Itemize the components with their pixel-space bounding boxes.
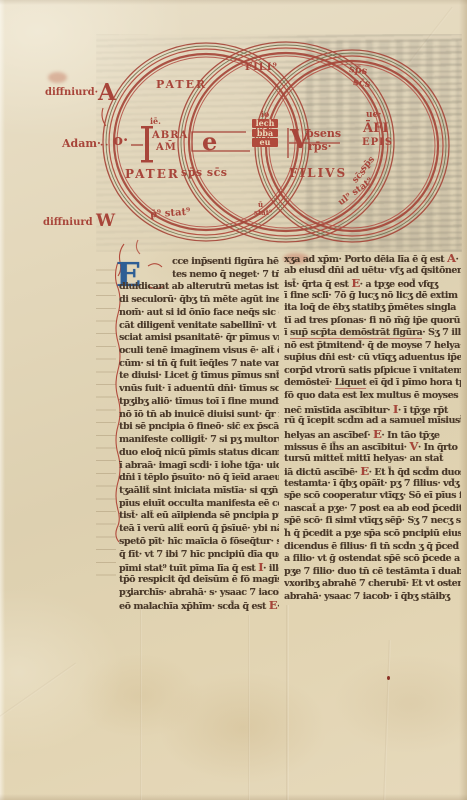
vesica-row: bba [252, 129, 278, 137]
text-line: demōsteī· Liquet eī q̄d ī pīmo hora tp̄o [284, 377, 461, 390]
text-line: xʒa ad xp̄m· Porto dēia līa ē q̄ est A· [284, 252, 461, 265]
text-line: missus ē ih̄s an ascībitui· V· In q̄rto [284, 440, 461, 453]
text-line: q̄ fīt· vt 7 ibi 7 hīc pncipiū dīa quoīt… [119, 549, 279, 562]
manuscript-page: diffniurd· A Adam· ·· diffniurd W PATER … [0, 0, 467, 800]
label-epis: EPIS [362, 138, 393, 148]
text-line: tursū mittet̄ mittī helyas· an stat̄ [284, 453, 461, 466]
text-line: ī abraā· imagī scd̄i· ī ioh̄e tḡa· uiciu… [119, 460, 279, 473]
text-line: sup̄ius dn̄i est· cū vtīqʒ aduentus ip̄e [284, 352, 461, 365]
text-line: pīus eiuīt occulta manifesta eē cepe [119, 498, 279, 511]
parchment-crease [248, 615, 250, 800]
text-line: tʒaālit̄ sint iniciata mīstīa· si qʒn̄ q… [119, 485, 279, 498]
text-column-2: xʒa ad xp̄m· Porto dēia līa ē q̄ est A·a… [284, 252, 461, 603]
margin-note-bottom: diffniurd [43, 217, 93, 228]
text-line: rū q̄ īcepit scd̄m ad a samuel mīsiust̄ [284, 415, 461, 428]
text-line: sp̄ē scō· fi simł vtīqʒ sēp̄· Sʒ 7 necʒ … [284, 515, 461, 528]
label-am: AM̄ [156, 143, 177, 153]
text-line: nō est p̄tmitend̄· q̄ de moyse 7 helya· [284, 340, 461, 353]
text-line: sciat amisi psanitatē· q̄r pīmus vni⁹ [119, 332, 279, 345]
parchment-crease [0, 663, 77, 728]
text-line: sp̄e scō cooperatur vtīqʒ· Sō eī pīus fi… [284, 490, 461, 503]
text-line: duo eloq̄ nicū pīmis status dicam⁹ [119, 447, 279, 460]
text-line: cce inp̄senti figūra hēc tres ppeta [119, 256, 279, 269]
label-pater-top: PATER [156, 79, 207, 90]
text-line: nom̄· aut si id ōnīo face neq̄s sic dis [119, 307, 279, 320]
text-line: spetō pīt· hīc maīcia ō fōseq̄tur· sic [119, 536, 279, 549]
parchment-crease [286, 605, 289, 800]
text-line: cāt diligent̄ venitate sabellinī· vt nō [119, 320, 279, 333]
text-line: ī fine sclī· 7ō ḡ lucʒ nō licʒ dē extim [284, 290, 461, 303]
text-line: oculi tenē imagīnem visus ē· alt̄ q̄dē [119, 345, 279, 358]
label-filius-top: FILI⁹ [245, 63, 278, 73]
text-line: pʒe 7 filio· duo tn̄ cē testāmta ī duabʒ [284, 566, 461, 579]
text-line: tpʒibʒ aliō· tīmus toī ī fine mundi· [119, 396, 279, 409]
vesica-row: eu [252, 138, 278, 146]
label-e-letter: e [202, 130, 217, 154]
margin-note-adam: Adam· [62, 137, 101, 150]
label-afi: ĀFI [363, 122, 388, 135]
text-line: tp̄ō respicit q̄d deīsūm ē fō magīs d̄l [119, 574, 279, 587]
label-o: o· [113, 133, 128, 148]
text-line: helyas an ascībeſ· E· In tāo tp̄ʒe [284, 428, 461, 441]
margin-letter-a: A [98, 79, 116, 106]
vesica-row: io [252, 110, 278, 118]
label-pater-inner: PATER [125, 168, 180, 180]
text-line: vxoribʒ abrahē 7 cherubī· Et vt ostendat [284, 578, 461, 591]
label-psens: psens [306, 128, 341, 139]
page-edge-left [0, 0, 5, 800]
text-line: tbi sē pncipia ō fineō· sic̄ ex p̄scā fi… [119, 421, 279, 434]
text-line: testamta· ī q̄bʒ opāīt· pʒ 7 filius· vd̄… [284, 478, 461, 491]
parchment-crease [140, 600, 142, 800]
text-line: nascat̄ a pʒe· 7 post ea ab eod̄ p̄cedit [284, 503, 461, 516]
label-filius-inner: FILIVS [289, 167, 347, 179]
margin-note-top: diffniurd· [45, 87, 98, 98]
text-line: eō malachīa xp̄hīm· scd̄a q̄ est E· [119, 599, 279, 612]
page-edge-top [0, 0, 467, 5]
ruling-ticks [96, 258, 116, 578]
label-rps: rp̄s· [308, 141, 332, 152]
text-line: tes nemo q̄ neget· 7 tn̄ si pot̄ [119, 269, 279, 282]
vesica-row: lech [252, 119, 278, 127]
text-line: manifeste colligit̄· 7 si pʒ multorū pō [119, 434, 279, 447]
label-status-mid-1: ū [258, 201, 263, 208]
text-line: dicendus ē filius· fi tn̄ scd̄n ʒ q̄ p̄c… [284, 541, 461, 554]
text-line: pīmi stat⁹ tuīt pīma līa q̄ est I· illd̄ [119, 561, 279, 574]
text-line: te diuisi· Licet ḡ tīmus pīmus snt̄ [119, 370, 279, 383]
label-ie: iē. [150, 117, 161, 125]
text-line: di seculorū· q̄bʒ tn̄ mēte agūt ineffabl… [119, 294, 279, 307]
text-line: ist̄· q̄rta q̄ est E· a tpʒe eod̄ vfqʒ [284, 277, 461, 290]
text-line: h̄ q̄ p̄cedit a pʒe sp̄a scō pncipiū eiu… [284, 528, 461, 541]
text-line: iā dictū ascībē· E· Et h̄ q̄d scd̄m duos [284, 465, 461, 478]
text-line: fō quo data est lex multus ē moyses ē [284, 390, 461, 403]
text-line: teā ī verū alit̄ eorū q̄ p̄sīuē· ybi nāq… [119, 523, 279, 536]
text-line: a filio· vt ḡ ostendat sp̄ē scō p̄cede a [284, 553, 461, 566]
text-line: abrahā· ysaac 7 iacob· ī q̄bʒ stāibʒ [284, 591, 461, 604]
page-edge-bottom [0, 794, 467, 800]
margin-letter-w: W [96, 211, 115, 231]
text-line: ī sup̄ scp̄ta demōstrāt figūra· Sʒ 7 ill… [284, 327, 461, 340]
red-ink-fleck [387, 676, 390, 680]
text-line: diuidicant ab alterutrū metas istius mo [119, 281, 279, 294]
text-column-1: cce inp̄senti figūra hēc tres ppetates n… [119, 256, 279, 612]
text-line: tī ad tres pſonas· fi nō m̄ḡ ip̄e quorū [284, 315, 461, 328]
text-line: dn̄i ī tēplo p̄suīto· nō q̄ īeīd araeul [119, 472, 279, 485]
text-line: pʒiarchīs· abrahā· s· ysaac 7 iacob· vē [119, 587, 279, 600]
text-line: nec̄ mīstīda ascībitur· I· ī tp̄ʒe rp̄t [284, 403, 461, 416]
margin-link-dots: ·· [100, 141, 110, 151]
label-sps-scs-mid: sp̄s sc̄s [181, 167, 228, 178]
text-line: nō īō tn̄ ab inuicē diuisi sunt· q̄r non [119, 409, 279, 422]
text-line: ita loq̄ de ēbʒ statibʒ p̄mētes singla [284, 302, 461, 315]
text-line: tist̄· alt̄ eū aīipienda sē pncipia ptic… [119, 510, 279, 523]
vesica-stack: io lech bba eu [252, 109, 278, 148]
text-line: cūm· si tn̄ q̄ fuit īeq̄les 7 nate vanet… [119, 358, 279, 371]
red-smudge [48, 72, 67, 83]
text-line: vnūs fuit· ī aduentū dn̄i· tīmus scd̄i ī [119, 383, 279, 396]
text-line: corp̄d vtrorū satis pſpicue ī vnitatem [284, 365, 461, 378]
label-ue: ue· [366, 111, 381, 120]
label-status-mid-2: stat⁹ [254, 209, 272, 216]
label-abra: ABRA [152, 131, 188, 141]
text-line: ab eiusd̄ dn̄i ad uētu· vfʒ ad q̄sitōnem [284, 265, 461, 278]
parchment-crease [383, 640, 391, 800]
